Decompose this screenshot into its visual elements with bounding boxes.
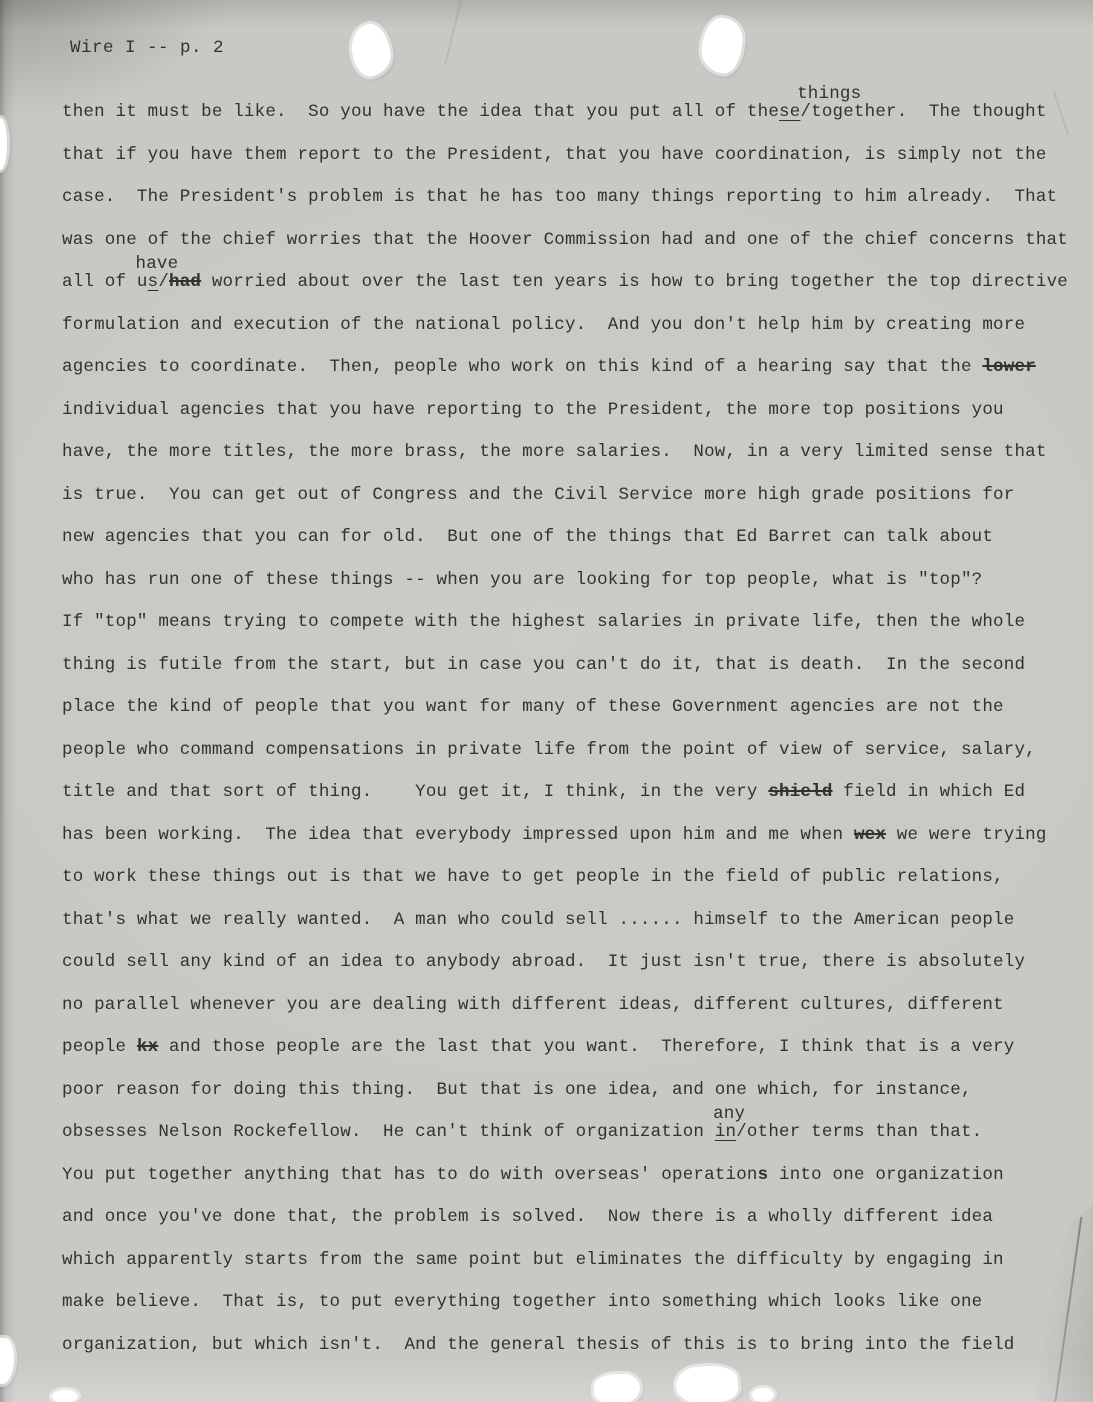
text-segment: formulation and execution of the nationa… [62,315,1025,335]
text-line: and once you've done that, the problem i… [62,1196,1073,1239]
text-line: that if you have them report to the Pres… [62,134,1073,177]
text-segment: worried about over the last ten years is… [201,272,1068,292]
text-line: haveall of us/had worried about over the… [62,261,1073,304]
text-segment: s [148,272,159,292]
text-segment: has been working. The idea that everybod… [62,825,854,845]
torn-hole-top-right [699,16,745,75]
torn-hole-top-left [349,22,394,79]
text-segment: and once you've done that, the problem i… [62,1207,993,1227]
text-line: If "top" means trying to compete with th… [62,601,1073,644]
page-header: Wire I -- p. 2 [70,36,224,60]
text-segment: is true. You can get out of Congress and… [62,485,1014,505]
text-line: formulation and execution of the nationa… [62,304,1073,347]
torn-edge-bottom [594,1374,640,1402]
torn-edge-bottom-left [52,1390,78,1402]
text-segment: thing is futile from the start, but in c… [62,655,1025,675]
text-line: to work these things out is that we have… [62,856,1073,899]
text-line: is true. You can get out of Congress and… [62,474,1073,517]
document-page: Wire I -- p. 2 thingsthen it must be lik… [0,0,1093,1402]
text-line: have, the more titles, the more brass, t… [62,431,1073,474]
text-line: was one of the chief worries that the Ho… [62,219,1073,262]
text-line: organization, but which isn't. And the g… [62,1324,1073,1367]
text-segment: all of u [62,272,148,292]
text-segment: /other terms than that. [736,1122,982,1142]
text-line: has been working. The idea that everybod… [62,814,1073,857]
text-line: You put together anything that has to do… [62,1154,1073,1197]
text-segment: could sell any kind of an idea to anybod… [62,952,1025,972]
text-segment: then it must be like. So you have the id… [62,102,779,122]
text-segment: into one organization [768,1165,1003,1185]
text-line: people who command compensations in priv… [62,729,1073,772]
text-segment: new agencies that you can for old. But o… [62,527,993,547]
text-segment: title and that sort of thing. You get it… [62,782,768,802]
torn-edge-bottom [752,1388,774,1402]
struck-out-text: wex [854,825,886,845]
text-segment: to work these things out is that we have… [62,867,1004,887]
struck-out-text: had [169,272,201,292]
text-line: place the kind of people that you want f… [62,686,1073,729]
torn-edge-bottom [674,1363,739,1402]
text-line: no parallel whenever you are dealing wit… [62,984,1073,1027]
text-segment: that if you have them report to the Pres… [62,145,1047,165]
text-segment: in [715,1122,736,1142]
text-segment: / [158,272,169,292]
text-segment: we were trying [886,825,1047,845]
text-line: make believe. That is, to put everything… [62,1281,1073,1324]
text-segment: people [62,1037,137,1057]
struck-out-text: shield [768,782,832,802]
text-line: poor reason for doing this thing. But th… [62,1069,1073,1112]
text-segment: obsesses Nelson Rockefellow. He can't th… [62,1122,715,1142]
text-line: that's what we really wanted. A man who … [62,899,1073,942]
typed-text: thingsthen it must be like. So you have … [62,91,1073,1366]
text-line: Moreagencies to coordinate. Then, people… [62,346,1073,389]
text-line: anyobsesses Nelson Rockefellow. He can't… [62,1111,1073,1154]
text-segment: You put together anything that has to do… [62,1165,758,1185]
typed-insertion: any [713,1106,745,1124]
text-segment: se [779,102,800,122]
text-segment: s [758,1165,769,1185]
text-segment: case. The President's problem is that he… [62,187,1057,207]
torn-edge-bottom-left [0,1337,16,1384]
text-segment: individual agencies that you have report… [62,400,1004,420]
text-line: new agencies that you can for old. But o… [62,516,1073,559]
text-line: which apparently starts from the same po… [62,1239,1073,1282]
text-line: case. The President's problem is that he… [62,176,1073,219]
text-line: individual agencies that you have report… [62,389,1073,432]
text-segment: poor reason for doing this thing. But th… [62,1080,972,1100]
typed-insertion: have [136,256,179,274]
text-segment: that's what we really wanted. A man who … [62,910,1014,930]
typed-insertion: things [797,86,861,104]
text-segment: who has run one of these things -- when … [62,570,982,590]
text-line: title and that sort of thing. You get it… [62,771,1073,814]
torn-edge-left [0,118,7,170]
text-segment: agencies to coordinate. Then, people who… [62,357,982,377]
struck-out-text: kx [137,1037,158,1057]
text-line: thing is futile from the start, but in c… [62,644,1073,687]
text-segment: have, the more titles, the more brass, t… [62,442,1047,462]
text-segment: make believe. That is, to put everything… [62,1292,982,1312]
text-segment: organization, but which isn't. And the g… [62,1335,1014,1355]
struck-out-text: lower [982,357,1036,377]
text-line: people kx and those people are the last … [62,1026,1073,1069]
text-segment: was one of the chief worries that the Ho… [62,230,1068,250]
text-segment: place the kind of people that you want f… [62,697,1004,717]
text-segment: If "top" means trying to compete with th… [62,612,1025,632]
text-segment: /together. The thought [800,102,1046,122]
text-segment: which apparently starts from the same po… [62,1250,1004,1270]
text-line: thingsthen it must be like. So you have … [62,91,1073,134]
paper-crease [444,1,461,65]
text-segment: field in which Ed [833,782,1026,802]
text-segment: no parallel whenever you are dealing wit… [62,995,1004,1015]
text-segment: people who command compensations in priv… [62,740,1036,760]
text-segment: and those people are the last that you w… [158,1037,1014,1057]
text-line: could sell any kind of an idea to anybod… [62,941,1073,984]
text-line: who has run one of these things -- when … [62,559,1073,602]
